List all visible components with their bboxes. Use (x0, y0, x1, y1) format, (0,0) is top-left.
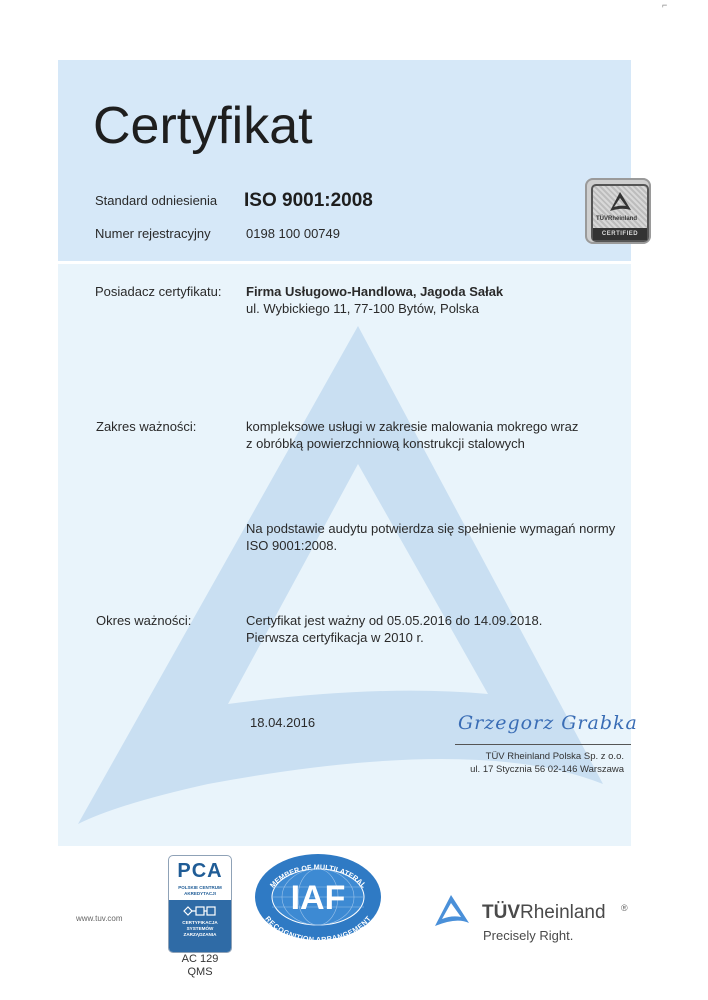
footer-url: www.tuv.com (76, 914, 123, 923)
tuv-tagline: Precisely Right. (483, 928, 573, 943)
issuer-block: TÜV Rheinland Polska Sp. z o.o. ul. 17 S… (470, 750, 624, 776)
signature-line (455, 744, 631, 745)
tuv-triangle-logo-icon (432, 893, 472, 929)
pca-code-line-1: AC 129 (168, 953, 232, 966)
issuer-name: TÜV Rheinland Polska Sp. z o.o. (470, 750, 624, 763)
pca-subtitle: POLSKIE CENTRUM AKREDYTACJI (169, 885, 231, 897)
tuv-wordmark: TÜVRheinland (482, 902, 606, 924)
tuv-wordmark-regular: Rheinland (520, 902, 606, 923)
seal-certified-label: CERTIFIED (593, 228, 647, 240)
registered-mark: ® (621, 903, 628, 913)
issue-date: 18.04.2016 (250, 714, 315, 731)
pca-subtitle-line-2: AKREDYTACJI (169, 891, 231, 897)
pca-accreditation-code: AC 129 QMS (168, 953, 232, 979)
signature: Grzegorz Grabka (458, 712, 638, 734)
scan-artifact: ⌐ (662, 0, 667, 10)
certificate-title: Certyfikat (93, 96, 313, 156)
pca-system-icon (183, 905, 217, 917)
scope-label: Zakres ważności: (96, 419, 196, 434)
registration-label: Numer rejestracyjny (95, 226, 211, 241)
tuv-wordmark-bold: TÜV (482, 902, 520, 923)
seal-triangle-icon (607, 190, 633, 214)
scope-line-1: kompleksowe usługi w zakresie malowania … (246, 418, 578, 435)
pca-logo: PCA POLSKIE CENTRUM AKREDYTACJI CERTYFIK… (168, 855, 232, 953)
registration-value: 0198 100 00749 (246, 225, 340, 242)
audit-line-1: Na podstawie audytu potwierdza się spełn… (246, 520, 615, 537)
audit-line-2: ISO 9001:2008. (246, 537, 337, 554)
tuv-certified-seal: TÜVRheinland CERTIFIED (585, 178, 651, 244)
scope-line-2: z obróbką powierzchniową konstrukcji sta… (246, 435, 525, 452)
holder-address: ul. Wybickiego 11, 77-100 Bytów, Polska (246, 300, 479, 317)
validity-line-1: Certyfikat jest ważny od 05.05.2016 do 1… (246, 612, 542, 629)
svg-text:IAF: IAF (291, 879, 346, 917)
pca-code-line-2: QMS (168, 966, 232, 979)
holder-name: Firma Usługowo-Handlowa, Jagoda Sałak (246, 283, 503, 300)
validity-label: Okres ważności: (96, 613, 191, 628)
pca-cert-text: CERTYFIKACJA SYSTEMÓW ZARZĄDZANIA (169, 920, 231, 938)
standard-value: ISO 9001:2008 (244, 190, 373, 212)
issuer-address: ul. 17 Stycznia 56 02-146 Warszawa (470, 763, 624, 776)
holder-label: Posiadacz certyfikatu: (95, 284, 221, 299)
seal-brand: TÜVRheinland (596, 216, 637, 222)
validity-line-2: Pierwsza certyfikacja w 2010 r. (246, 629, 424, 646)
iaf-logo-icon: IAF MEMBER OF MULTILATERAL RECOGNITION A… (253, 852, 383, 942)
pca-title: PCA (169, 860, 231, 883)
standard-label: Standard odniesienia (95, 193, 217, 208)
pca-cert-line-3: ZARZĄDZANIA (169, 932, 231, 938)
pca-blue-block: CERTYFIKACJA SYSTEMÓW ZARZĄDZANIA (169, 900, 231, 952)
